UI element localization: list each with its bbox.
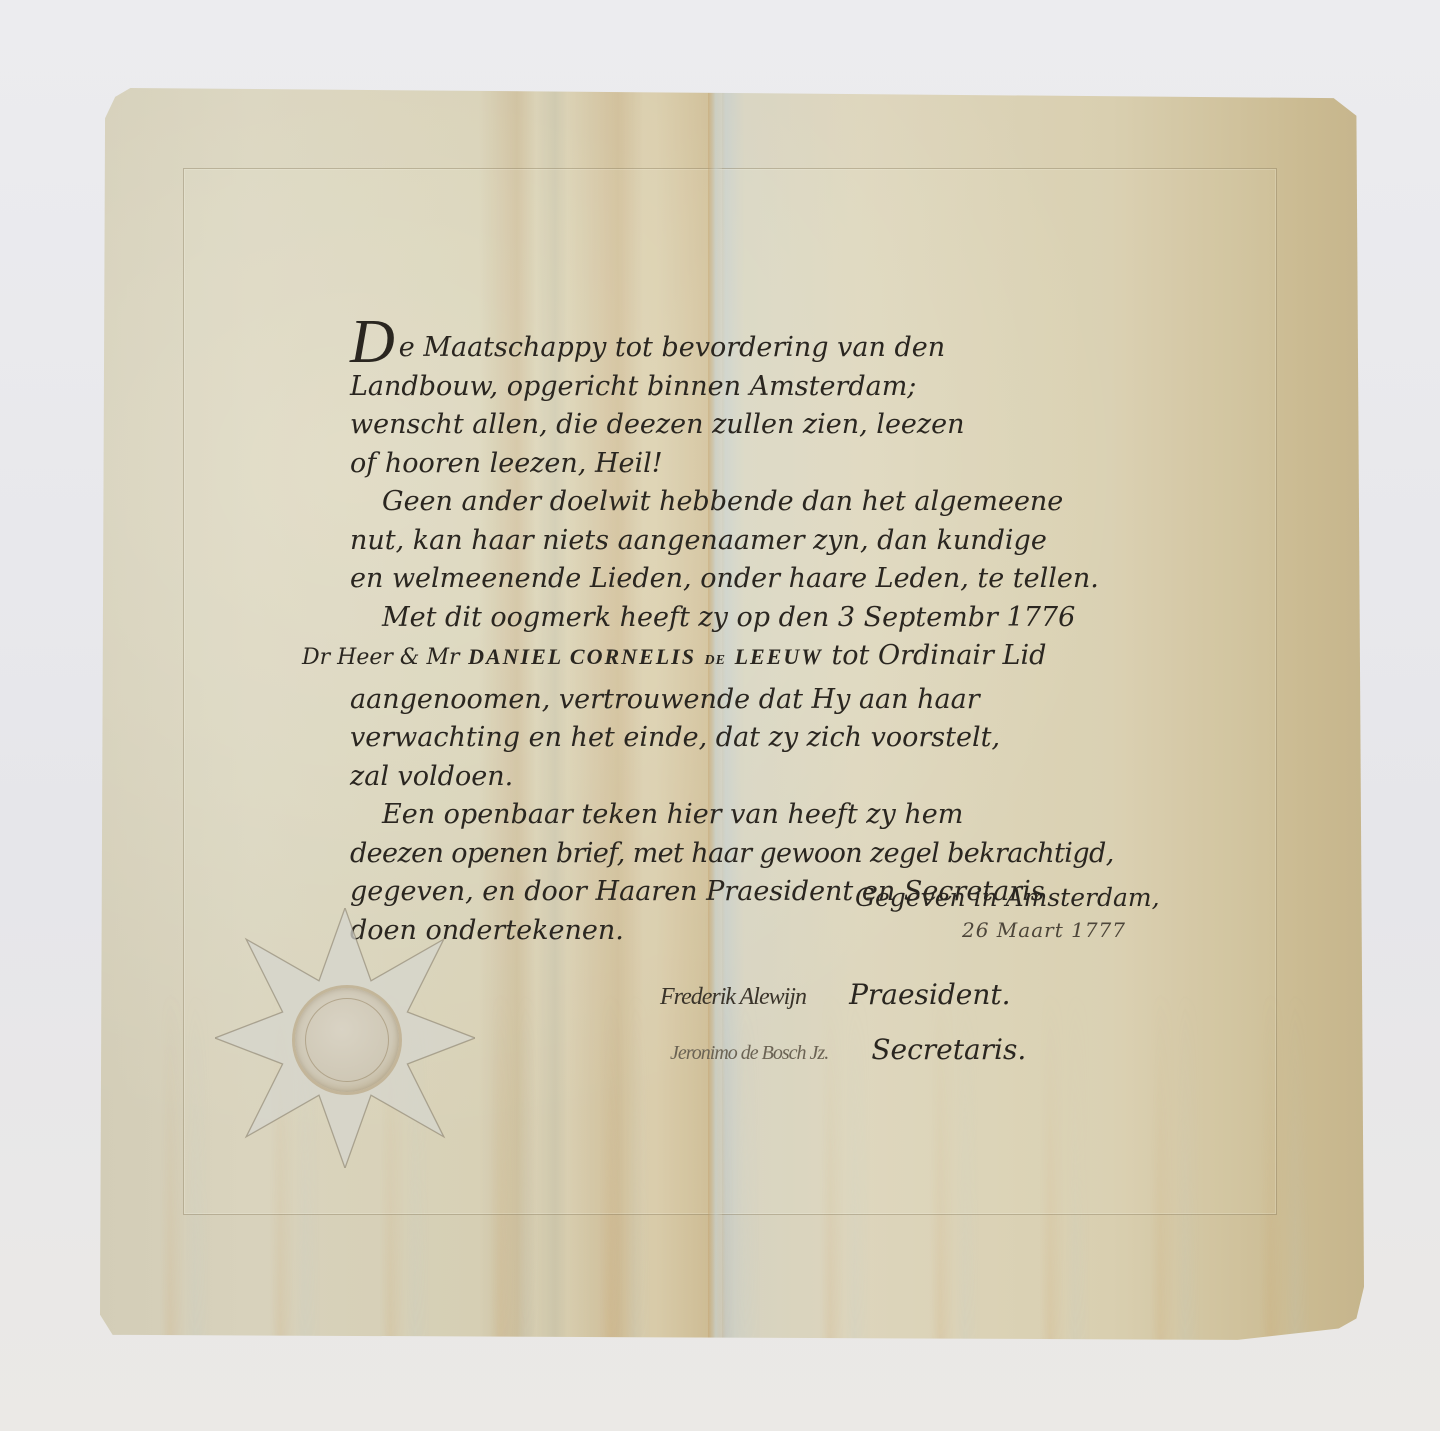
place-of-issue: Gegeven in Amsterdam, [855, 883, 1160, 912]
president-title: Praesident. [849, 978, 1011, 1011]
signature-row-president: Frederik Alewijn Praesident. [660, 978, 1011, 1011]
para4-line-1: Een openbaar teken hier van heeft zy hem [350, 796, 1140, 835]
wax-inner-ring [305, 998, 389, 1082]
photo-background: De Maatschappy tot bevordering van den L… [0, 0, 1440, 1431]
member-particle: DE [705, 653, 726, 668]
decorative-initial: D [350, 308, 395, 376]
para1-line-1: De Maatschappy tot bevordering van den [350, 323, 1140, 368]
signature-row-secretary: Jeronimo de Bosch Jz. Secretaris. [670, 1033, 1026, 1066]
secretary-title: Secretaris. [871, 1033, 1026, 1066]
para1-line-3: wenscht allen, die deezen zullen zien, l… [350, 406, 1140, 445]
secretary-signature: Jeronimo de Bosch Jz. [670, 1042, 828, 1064]
member-line: Dr Heer & Mr DANIEL CORNELIS DE LEEUW to… [302, 637, 1140, 681]
member-title: Dr Heer & Mr [302, 645, 460, 670]
member-given-names: DANIEL CORNELIS [468, 644, 696, 669]
wax-seal-icon [215, 908, 475, 1168]
issue-date: 26 Maart 1777 [962, 918, 1126, 942]
para3-line-1: Met dit oogmerk heeft zy op den 3 Septem… [350, 599, 1140, 638]
member-surname: LEEUW [735, 644, 823, 669]
member-rank: tot Ordinair Lid [831, 640, 1046, 671]
document-sheet: De Maatschappy tot bevordering van den L… [100, 88, 1364, 1350]
para3-line-3: verwachting en het einde, dat zy zich vo… [350, 719, 1140, 758]
para3-line-4: zal voldoen. [350, 758, 1140, 797]
para3-line-2: aangenoomen, vertrouwende dat Hy aan haa… [350, 681, 1140, 720]
para2-line-2: nut, kan haar niets aangenaamer zyn, dan… [350, 522, 1140, 561]
para1-line-2: Landbouw, opgericht binnen Amsterdam; [350, 368, 1140, 407]
para1-line-4: of hooren leezen, Heil! [350, 445, 1140, 484]
document-body: De Maatschappy tot bevordering van den L… [350, 323, 1140, 950]
para2-line-1: Geen ander doelwit hebbende dan het alge… [350, 483, 1140, 522]
president-signature: Frederik Alewijn [660, 984, 806, 1010]
para2-line-3: en welmeenende Lieden, onder haare Leden… [350, 560, 1140, 599]
wax-disc [295, 988, 399, 1092]
para4-line-2: deezen openen brief, met haar gewoon zeg… [350, 835, 1140, 874]
